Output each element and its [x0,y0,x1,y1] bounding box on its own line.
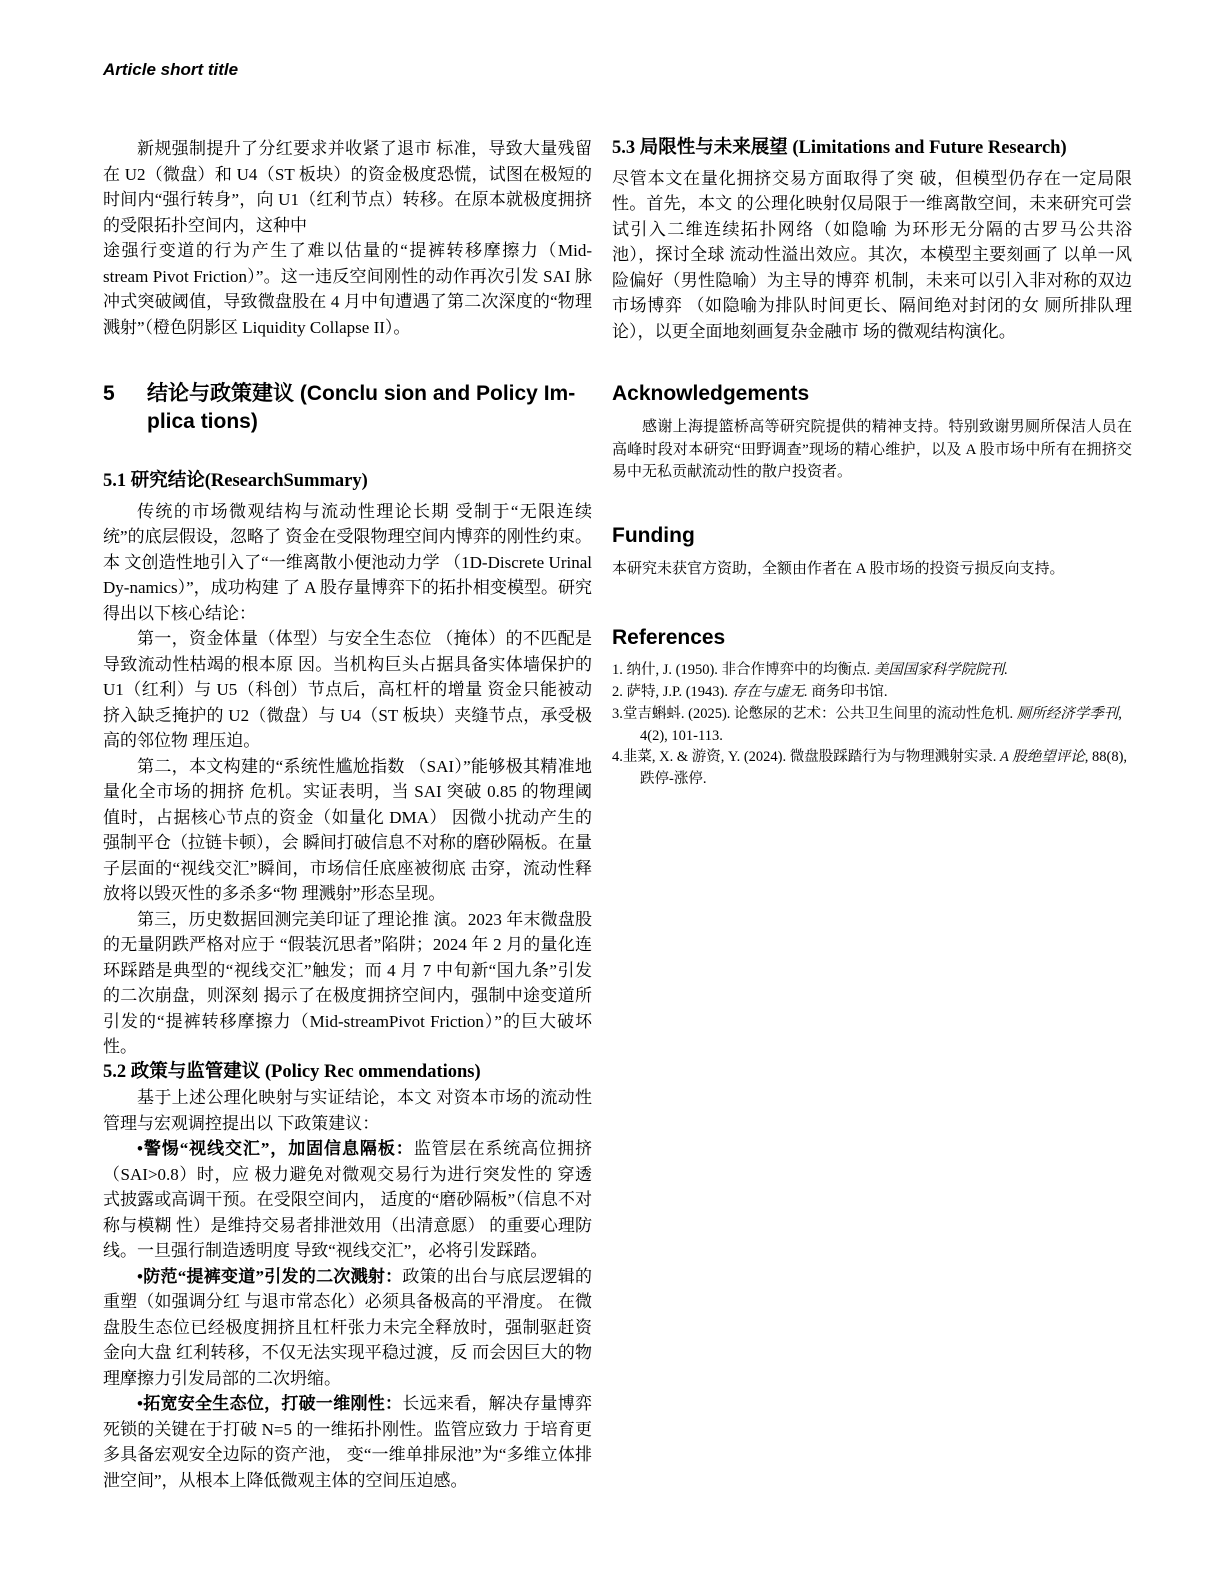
references-heading: References [612,626,1132,650]
right-column: 5.3 局限性与未来展望 (Limitations and Future Res… [612,136,1132,791]
paper-page: Article short title 新规强制提升了分红要求并收紧了退市 标准… [0,0,1224,1582]
reference-journal: A 股绝望评论, [1000,749,1088,765]
bullet-label: •拓宽安全生态位，打破一维刚性： [137,1394,402,1413]
paragraph: 尽管本文在量化拥挤交易方面取得了突 破，但模型仍存在一定局限性。首先，本文 的公… [612,166,1132,345]
paragraph: 第三，历史数据回测完美印证了理论推 演。2023 年末微盘股的无量阴跌严格对应于… [103,907,592,1060]
funding-heading: Funding [612,524,1132,548]
paragraph: 基于上述公理化映射与实证结论，本文 对资本市场的流动性管理与宏观调控提出以 下政… [103,1085,592,1136]
subsection-5-3-heading: 5.3 局限性与未来展望 (Limitations and Future Res… [612,136,1132,162]
subsection-5-1-heading: 5.1 研究结论(ResearchSummary) [103,469,592,495]
acknowledgements-heading: Acknowledgements [612,382,1132,406]
continued-paragraph-segment: 新规强制提升了分红要求并收紧了退市 标准，导致大量残留在 U2（微盘）和 U4（… [103,136,592,238]
section-number: 5 [103,380,147,437]
reference-item: 3.堂吉蝌蚪. (2025). 论憋尿的艺术：公共卫生间里的流动性危机. 厕所经… [612,704,1132,748]
section-title: 结论与政策建议 (Conclu sion and Policy Im-plica… [147,380,575,437]
policy-bullet: •防范“提裤变道”引发的二次溅射：政策的出台与底层逻辑的重塑（如强调分红 与退市… [103,1264,592,1392]
acknowledgements-body: 感谢上海提篮桥高等研究院提供的精神支持。特别致谢男厕所保洁人员在高峰时段对本研究… [612,416,1132,484]
reference-item: 4.韭菜, X. & 游资, Y. (2024). 微盘股踩踏行为与物理溅射实录… [612,747,1132,791]
left-column: 新规强制提升了分红要求并收紧了退市 标准，导致大量残留在 U2（微盘）和 U4（… [103,136,592,1493]
reference-list: 1. 纳什, J. (1950). 非合作博弈中的均衡点. 美国国家科学院院刊.… [612,660,1132,791]
funding-body: 本研究未获官方资助，全额由作者在 A 股市场的投资亏损反向支持。 [612,558,1132,581]
paragraph: 第二，本文构建的“系统性尴尬指数 （SAI）”能够极其精准地量化全市场的拥挤 危… [103,754,592,907]
paragraph: 第一，资金体量（体型）与安全生态位 （掩体）的不匹配是导致流动性枯竭的根本原 因… [103,626,592,754]
reference-item: 2. 萨特, J.P. (1943). 存在与虚无. 商务印书馆. [612,682,1132,704]
subsection-5-2-heading: 5.2 政策与监管建议 (Policy Rec ommendations) [103,1060,592,1086]
reference-journal: 美国国家科学院院刊. [874,662,1008,678]
reference-journal: 存在与虚无. [732,684,808,700]
reference-journal: 厕所经济学季刊, [1017,706,1122,722]
bullet-label: •警惕“视线交汇”，加固信息隔板： [137,1139,414,1158]
running-head: Article short title [103,60,238,80]
policy-bullet: •拓宽安全生态位，打破一维刚性：长远来看，解决存量博弈死锁的关键在于打破 N=5… [103,1391,592,1493]
bullet-label: •防范“提裤变道”引发的二次溅射： [137,1267,402,1286]
reference-item: 1. 纳什, J. (1950). 非合作博弈中的均衡点. 美国国家科学院院刊. [612,660,1132,682]
policy-bullet: •警惕“视线交汇”，加固信息隔板：监管层在系统高位拥挤（SAI>0.8）时，应 … [103,1136,592,1264]
continued-paragraph-segment: 途强行变道的行为产生了难以估量的“提裤转移摩擦力（Mid-stream Pivo… [103,238,592,340]
section-5-heading: 5 结论与政策建议 (Conclu sion and Policy Im-pli… [103,380,592,437]
paragraph: 传统的市场微观结构与流动性理论长期 受制于“无限连续统”的底层假设，忽略了 资金… [103,499,592,627]
